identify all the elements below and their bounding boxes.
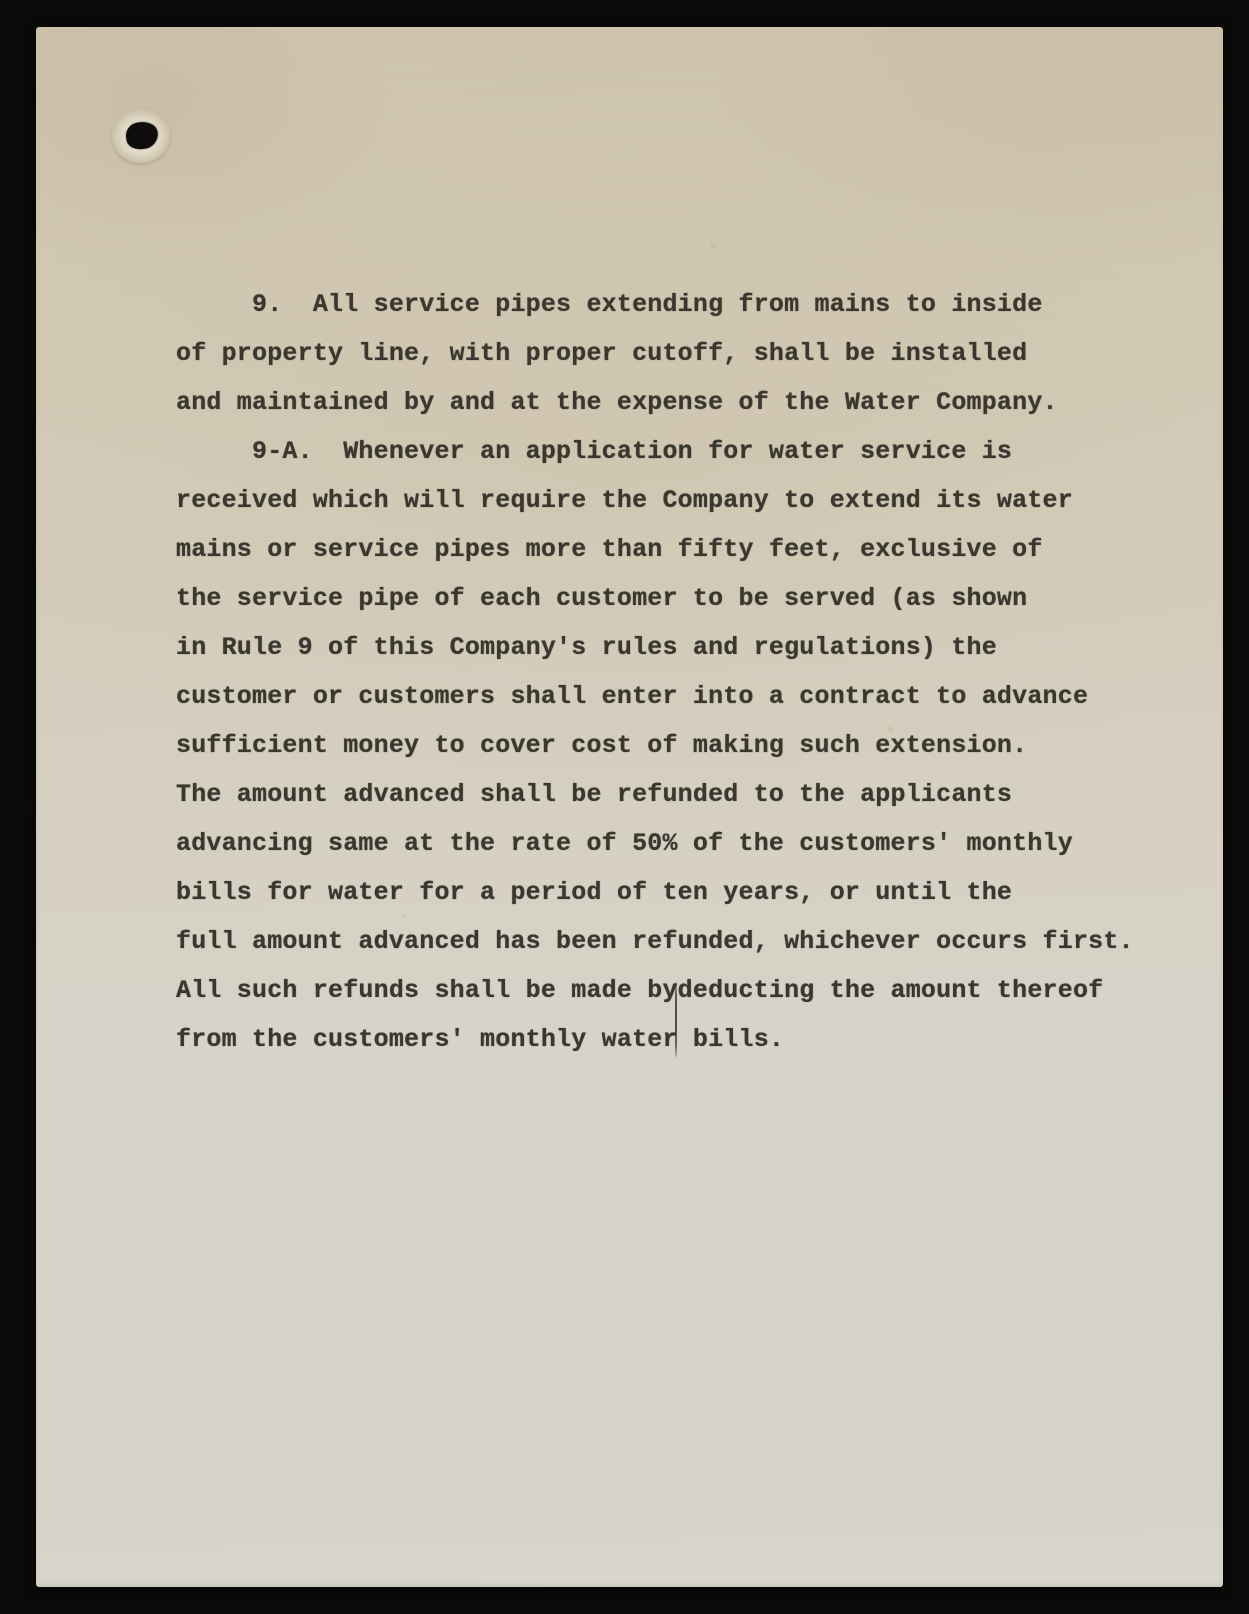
typed-line: bills for water for a period of ten year… bbox=[176, 868, 1134, 917]
typed-line: from the customers' monthly water bills. bbox=[176, 1015, 1134, 1064]
typed-line: 9-A. Whenever an application for water s… bbox=[176, 427, 1134, 476]
typed-line: sufficient money to cover cost of making… bbox=[176, 721, 1134, 770]
typed-line: All such refunds shall be made bydeducti… bbox=[176, 966, 1134, 1015]
typed-text-block: 9. All service pipes extending from main… bbox=[176, 280, 1134, 1064]
document-page: 9. All service pipes extending from main… bbox=[36, 27, 1223, 1587]
typed-line: The amount advanced shall be refunded to… bbox=[176, 770, 1134, 819]
typed-line: in Rule 9 of this Company's rules and re… bbox=[176, 623, 1134, 672]
typed-line: mains or service pipes more than fifty f… bbox=[176, 525, 1134, 574]
typed-line: of property line, with proper cutoff, sh… bbox=[176, 329, 1134, 378]
typed-line: the service pipe of each customer to be … bbox=[176, 574, 1134, 623]
typed-line: customer or customers shall enter into a… bbox=[176, 672, 1134, 721]
typed-line: full amount advanced has been refunded, … bbox=[176, 917, 1134, 966]
pen-caret-mark bbox=[675, 982, 677, 1057]
typed-line: and maintained by and at the expense of … bbox=[176, 378, 1134, 427]
typed-line: advancing same at the rate of 50% of the… bbox=[176, 819, 1134, 868]
typed-line: 9. All service pipes extending from main… bbox=[176, 280, 1134, 329]
scan-background: 9. All service pipes extending from main… bbox=[0, 0, 1249, 1614]
typed-line: received which will require the Company … bbox=[176, 476, 1134, 525]
